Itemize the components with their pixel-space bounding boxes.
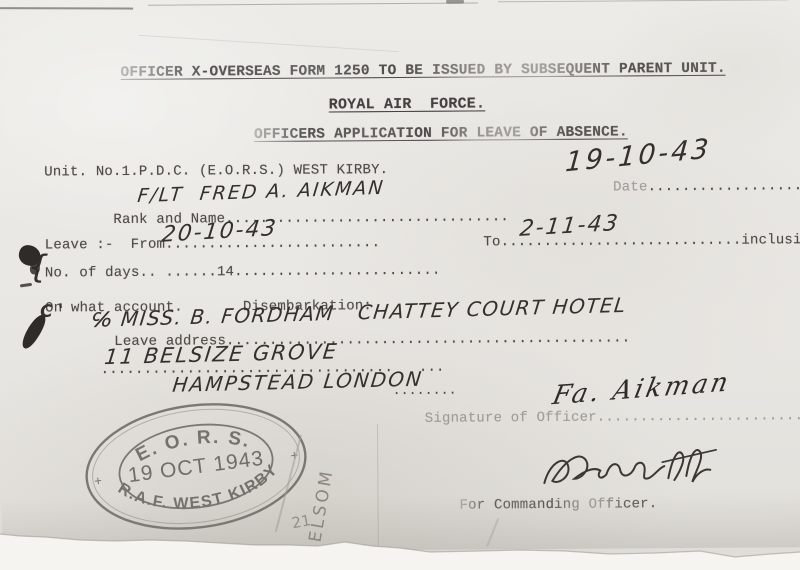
scan-artifact bbox=[148, 2, 478, 5]
form-subtitle-application: OFFICERS APPLICATION FOR LEAVE OF ABSENC… bbox=[254, 125, 628, 144]
scan-artifact bbox=[498, 0, 788, 2]
signature-label: Signature of Officer bbox=[425, 410, 597, 427]
leave-period-line: Leave :- From......................... T… bbox=[45, 233, 800, 254]
address-handwritten-line2: 11 BELSIZE GROVE bbox=[103, 341, 339, 368]
signature-dotted-line: ................................. bbox=[597, 408, 800, 426]
ink-dash-mark bbox=[20, 283, 32, 288]
form-paper: OFFICER X-OVERSEAS FORM 1250 TO BE ISSUE… bbox=[0, 0, 800, 570]
bottom-edge-shading bbox=[1, 492, 800, 553]
days-line: No. of days.. ......14..................… bbox=[45, 264, 441, 282]
stamp-left-plus-mark: + bbox=[93, 473, 102, 489]
commanding-officer-signature bbox=[536, 440, 736, 501]
form-title: OFFICER X-OVERSEAS FORM 1250 TO BE ISSUE… bbox=[120, 62, 725, 82]
form-subtitle-raf: ROYAL AIR FORCE. bbox=[329, 96, 486, 114]
date-label: Date bbox=[613, 180, 648, 196]
leave-to-handwritten-value: 2-11-43 bbox=[518, 213, 620, 241]
scan-artifact bbox=[0, 7, 133, 9]
scanned-document: OFFICER X-OVERSEAS FORM 1250 TO BE ISSUE… bbox=[0, 0, 800, 570]
paper-crease bbox=[139, 35, 399, 52]
date-dotted-line: .......................... bbox=[647, 178, 800, 196]
scan-artifact bbox=[446, 0, 464, 4]
